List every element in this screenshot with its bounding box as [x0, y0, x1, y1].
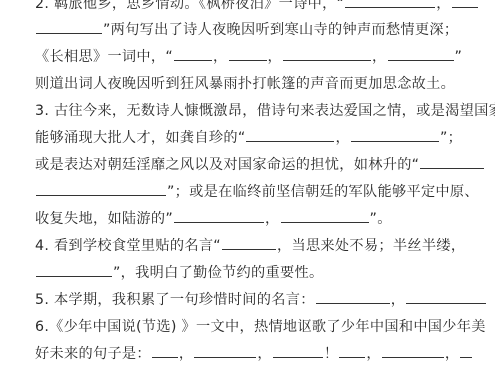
comma: ， — [179, 346, 194, 362]
blank[interactable] — [406, 289, 486, 304]
exclamation: ！ — [324, 346, 339, 362]
question-2-text: 则道出词人夜晚因听到狂风暴雨扑打帐篷的声音而更加思念故土。 — [35, 76, 455, 92]
blank[interactable] — [152, 343, 178, 358]
comma: ， — [213, 49, 228, 65]
question-3-text: 收复失地，如陆游的” — [35, 211, 173, 227]
question-4-text: ，当思来处不易；半丝半缕， — [277, 238, 465, 254]
comma: ， — [335, 130, 350, 146]
blank[interactable] — [281, 208, 369, 223]
blank[interactable] — [273, 343, 323, 358]
blank[interactable] — [388, 46, 454, 61]
blank[interactable] — [246, 127, 334, 142]
blank[interactable] — [174, 208, 264, 223]
question-2-line-3: 《长相思》一词中，“，，，” — [35, 46, 465, 68]
blank[interactable] — [339, 343, 365, 358]
blank[interactable] — [174, 46, 212, 61]
question-4-line-2: ”，我明白了勤俭节约的重要性。 — [35, 262, 465, 284]
question-3-line-4: ”；或是在临终前坚信朝廷的军队能够平定中原、 — [35, 181, 465, 203]
blank[interactable] — [420, 154, 484, 169]
question-3-text: 能够涌现大批人才，如龚自珍的“ — [35, 130, 245, 146]
question-2-line-4: 则道出词人夜晚因听到狂风暴雨扑打帐篷的声音而更加思念故土。 — [35, 73, 465, 95]
question-3-text: ”；或是在临终前坚信朝廷的军队能够平定中原、 — [167, 184, 479, 200]
close-quote: ” — [455, 49, 463, 65]
question-6-text: 6.《少年中国说(节选) 》一文中，热情地讴歌了少年中国和中国少年美 — [35, 319, 486, 335]
comma: ， — [372, 49, 387, 65]
close-quote: ”。 — [370, 211, 392, 227]
blank[interactable] — [229, 46, 267, 61]
question-3-line-2: 能够涌现大批人才，如龚自珍的“，”； — [35, 127, 465, 149]
comma: ， — [391, 292, 406, 308]
question-2-text: 《长相思》一词中，“ — [35, 49, 173, 65]
blank[interactable] — [382, 343, 444, 358]
question-3-text: 3. 古往今来，无数诗人慷慨激昂，借诗句来表达爱国之情，或是渴望国家 — [35, 103, 495, 119]
question-5-text: 5. 本学期，我积累了一句珍惜时间的名言： — [35, 292, 315, 308]
question-6-text: 好未来的句子是： — [35, 346, 151, 362]
question-5-line-1: 5. 本学期，我积累了一句珍惜时间的名言：， — [35, 289, 465, 311]
question-6-line-1: 6.《少年中国说(节选) 》一文中，热情地讴歌了少年中国和中国少年美 — [35, 316, 465, 338]
close-quote: ”； — [440, 130, 462, 146]
blank[interactable] — [316, 289, 390, 304]
question-4-line-1: 4. 看到学校食堂里贴的名言“，当思来处不易；半丝半缕， — [35, 235, 465, 257]
question-4-text: ”，我明白了勤俭节约的重要性。 — [113, 265, 323, 281]
blank[interactable] — [460, 343, 472, 358]
question-3-line-1: 3. 古往今来，无数诗人慷慨激昂，借诗句来表达爱国之情，或是渴望国家 — [35, 100, 465, 122]
comma: ， — [265, 211, 280, 227]
question-4-text: 4. 看到学校食堂里贴的名言“ — [35, 238, 221, 254]
question-3-line-5: 收复失地，如陆游的”，”。 — [35, 208, 465, 230]
question-6-line-2: 好未来的句子是：，，！，， — [35, 343, 465, 365]
comma: ， — [268, 49, 283, 65]
worksheet-page: 2. 羁旅他乡，思乡情动。《枫桥夜泊》一诗中，“， ”两句写出了诗人夜晚因听到寒… — [0, 0, 495, 370]
comma: ， — [436, 0, 451, 12]
question-3-line-3: 或是表达对朝廷淫靡之风以及对国家命运的担忧，如林升的“ — [35, 154, 465, 176]
question-2-line-2: ”两句写出了诗人夜晚因听到寒山寺的钟声而愁情更深； — [35, 19, 465, 41]
comma: ， — [366, 346, 381, 362]
comma: ， — [257, 346, 272, 362]
question-2-line-1: 2. 羁旅他乡，思乡情动。《枫桥夜泊》一诗中，“， — [35, 0, 465, 15]
blank[interactable] — [222, 235, 276, 250]
blank[interactable] — [283, 46, 371, 61]
blank[interactable] — [345, 0, 435, 8]
comma: ， — [445, 346, 460, 362]
blank[interactable] — [452, 0, 478, 8]
question-2-text: ”两句写出了诗人夜晚因听到寒山寺的钟声而愁情更深； — [103, 22, 458, 38]
blank[interactable] — [351, 127, 439, 142]
question-2-text: 2. 羁旅他乡，思乡情动。《枫桥夜泊》一诗中，“ — [35, 0, 344, 12]
blank[interactable] — [194, 343, 256, 358]
question-3-text: 或是表达对朝廷淫靡之风以及对国家命运的担忧，如林升的“ — [35, 157, 419, 173]
blank[interactable] — [36, 181, 166, 196]
blank[interactable] — [36, 19, 102, 34]
blank[interactable] — [36, 262, 112, 277]
